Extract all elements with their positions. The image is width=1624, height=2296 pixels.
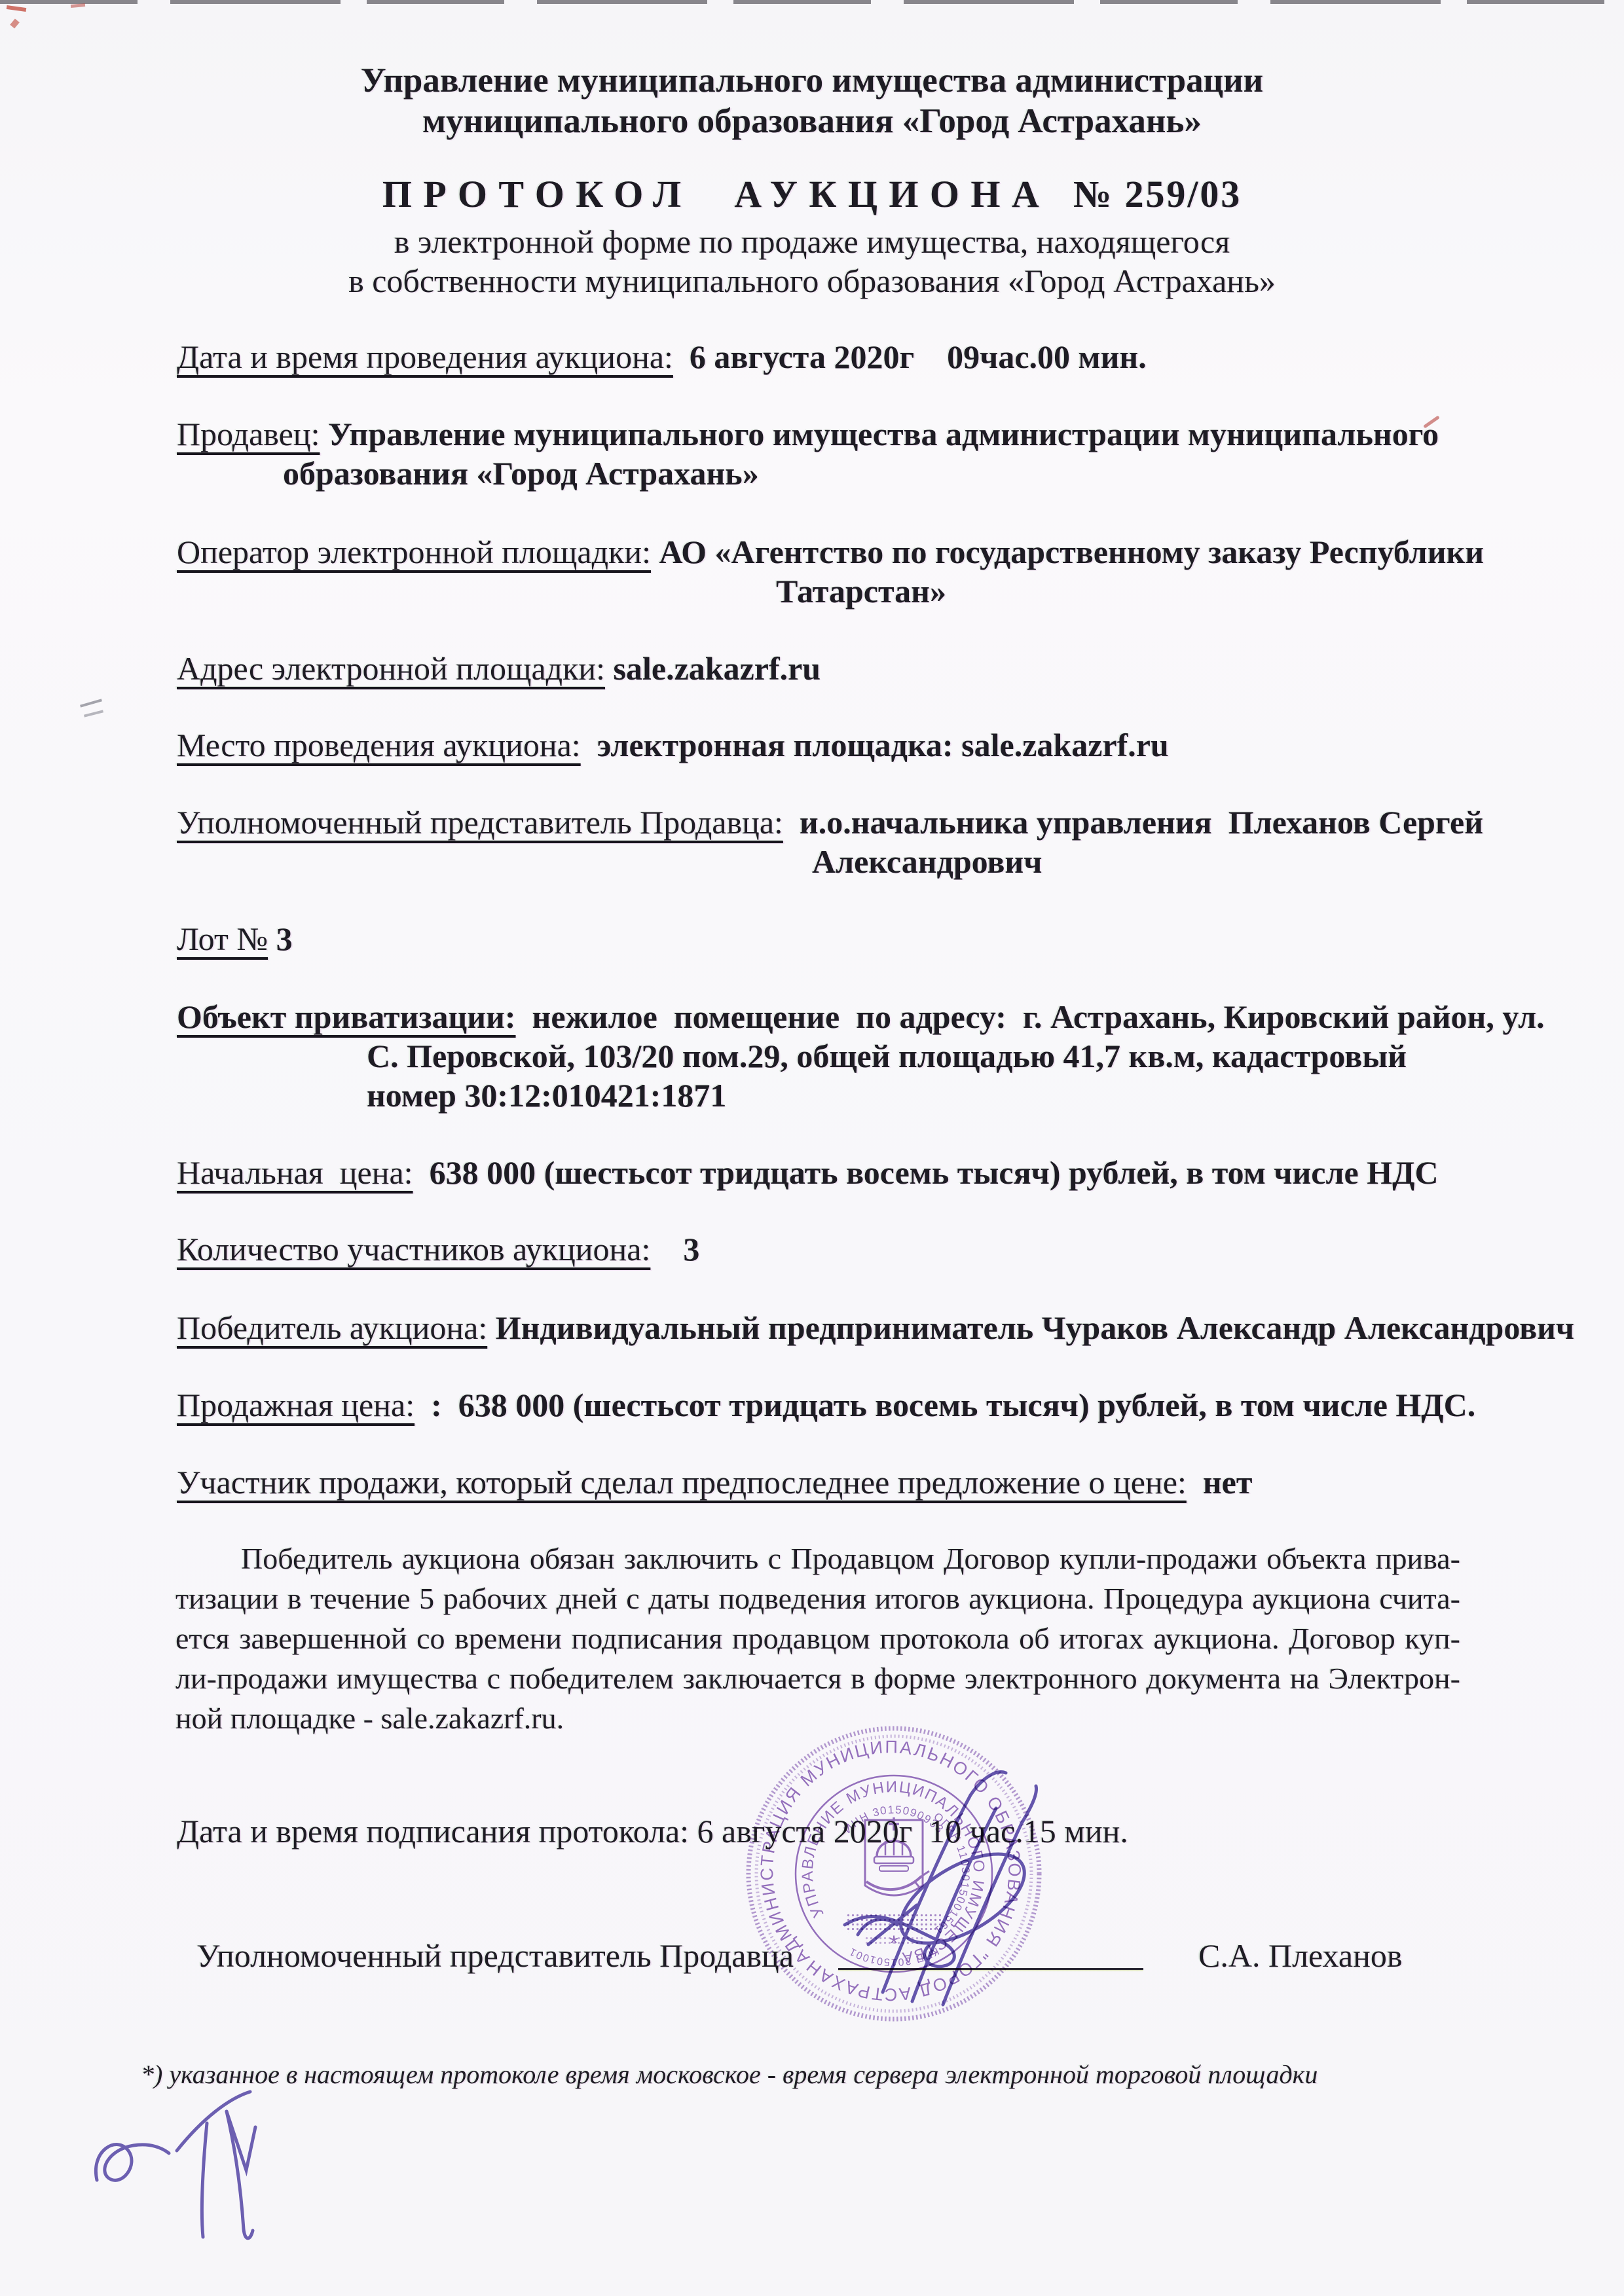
scan-smudge — [84, 710, 103, 717]
field-value: sale.zakazrf.ru — [605, 650, 821, 687]
field-label: Продавец: — [177, 416, 320, 452]
field-lot: Лот № 3 — [177, 920, 293, 958]
field-value: нежилое помещение по адресу: г. Астрахан… — [516, 998, 1545, 1035]
field-participants-count: Количество участников аукциона: 3 — [177, 1230, 699, 1268]
field-label: Дата и время проведения аукциона: — [177, 338, 673, 375]
field-operator: Оператор электронной площадки: АО «Агент… — [177, 533, 1484, 571]
org-header-line2: муниципального образования «Город Астрах… — [7, 102, 1617, 140]
title-number — [1050, 173, 1073, 215]
field-value: 6 августа 2020г 09час.00 мин. — [673, 338, 1147, 375]
scan-speck — [10, 19, 20, 29]
field-label: Лот № — [177, 920, 268, 957]
paragraph-line: тизации в течение 5 рабочих дней с даты … — [175, 1578, 1460, 1618]
signing-representative-label: Уполномоченный представитель Продавца — [196, 1937, 794, 1975]
protocol-number: № 259/03 — [1073, 173, 1242, 215]
document-title: ПРОТОКОЛ АУКЦИОНА № 259/03 — [7, 175, 1617, 215]
scan-speck — [71, 3, 85, 8]
paragraph-line: Победитель аукциона обязан заключить с П… — [175, 1539, 1460, 1578]
field-value: 3 — [268, 920, 293, 957]
title-subline1: в электронной форме по продаже имущества… — [7, 223, 1617, 261]
title-subline2: в собственности муниципального образован… — [7, 262, 1617, 300]
scanned-protocol-page: Управление муниципального имущества адми… — [0, 0, 1624, 2296]
field-label: Продажная цена: — [177, 1387, 415, 1423]
field-label: Адрес электронной площадки: — [177, 650, 605, 687]
field-value: электронная площадка: sale.zakazrf.ru — [581, 727, 1169, 763]
field-auction-datetime: Дата и время проведения аукциона: 6 авгу… — [177, 338, 1147, 376]
field-label: Участник продажи, который сделал предпос… — [177, 1464, 1187, 1501]
field-value: Управление муниципального имущества адми… — [320, 416, 1439, 452]
field-auction-place: Место проведения аукциона: электронная п… — [177, 726, 1169, 764]
field-value: АО «Агентство по государственному заказу… — [651, 534, 1484, 570]
scan-smudge — [80, 699, 102, 707]
paragraph-line: ется завершенной со времени подписания п… — [175, 1618, 1460, 1658]
field-seller: Продавец: Управление муниципального имущ… — [177, 415, 1439, 453]
field-object-line2: С. Перовской, 103/20 пом.29, общей площа… — [367, 1037, 1407, 1075]
field-winner: Победитель аукциона: Индивидуальный пред… — [177, 1309, 1574, 1347]
field-penultimate-bidder: Участник продажи, который сделал предпос… — [177, 1463, 1252, 1501]
field-sale-price: Продажная цена: : 638 000 (шестьсот трид… — [177, 1386, 1475, 1424]
field-platform-address: Адрес электронной площадки: sale.zakazrf… — [177, 649, 821, 687]
field-label: Уполномоченный представитель Продавца: — [177, 804, 783, 841]
scan-edge-artifact — [0, 0, 1624, 4]
org-header-line1: Управление муниципального имущества адми… — [7, 62, 1617, 100]
field-label: Место проведения аукциона: — [177, 727, 581, 763]
field-representative-line2: Александрович — [812, 843, 1042, 881]
title-protocol: ПРОТОКОЛ АУКЦИОНА — [382, 173, 1050, 215]
field-label: Объект приватизации: — [177, 998, 516, 1035]
representative-signature — [805, 1709, 1080, 2016]
scan-speck — [7, 5, 27, 12]
field-seller-line2: образования «Город Астрахань» — [283, 454, 759, 492]
field-value: 638 000 (шестьсот тридцать восемь тысяч)… — [413, 1154, 1439, 1191]
signer-name: С.А. Плеханов — [1198, 1937, 1402, 1975]
field-privatization-object: Объект приватизации: нежилое помещение п… — [177, 998, 1545, 1036]
field-start-price: Начальная цена: 638 000 (шестьсот тридца… — [177, 1154, 1439, 1192]
field-seller-representative: Уполномоченный представитель Продавца: и… — [177, 803, 1483, 841]
bottom-left-signature — [79, 2072, 327, 2249]
paragraph-line: ли-продажи имущества с победителем заклю… — [175, 1658, 1460, 1698]
field-label: Начальная цена: — [177, 1154, 413, 1191]
field-value: нет — [1187, 1464, 1253, 1501]
field-value: : 638 000 (шестьсот тридцать восемь тыся… — [415, 1387, 1475, 1423]
field-value: Индивидуальный предприниматель Чураков А… — [487, 1309, 1574, 1346]
field-label: Количество участников аукциона: — [177, 1231, 650, 1267]
field-object-line3: номер 30:12:010421:1871 — [367, 1076, 726, 1114]
field-operator-line2: Татарстан» — [776, 572, 946, 610]
field-value: и.о.начальника управления Плеханов Серге… — [783, 804, 1483, 841]
field-value: 3 — [650, 1231, 699, 1267]
field-label: Оператор электронной площадки: — [177, 534, 651, 570]
field-label: Победитель аукциона: — [177, 1309, 487, 1346]
